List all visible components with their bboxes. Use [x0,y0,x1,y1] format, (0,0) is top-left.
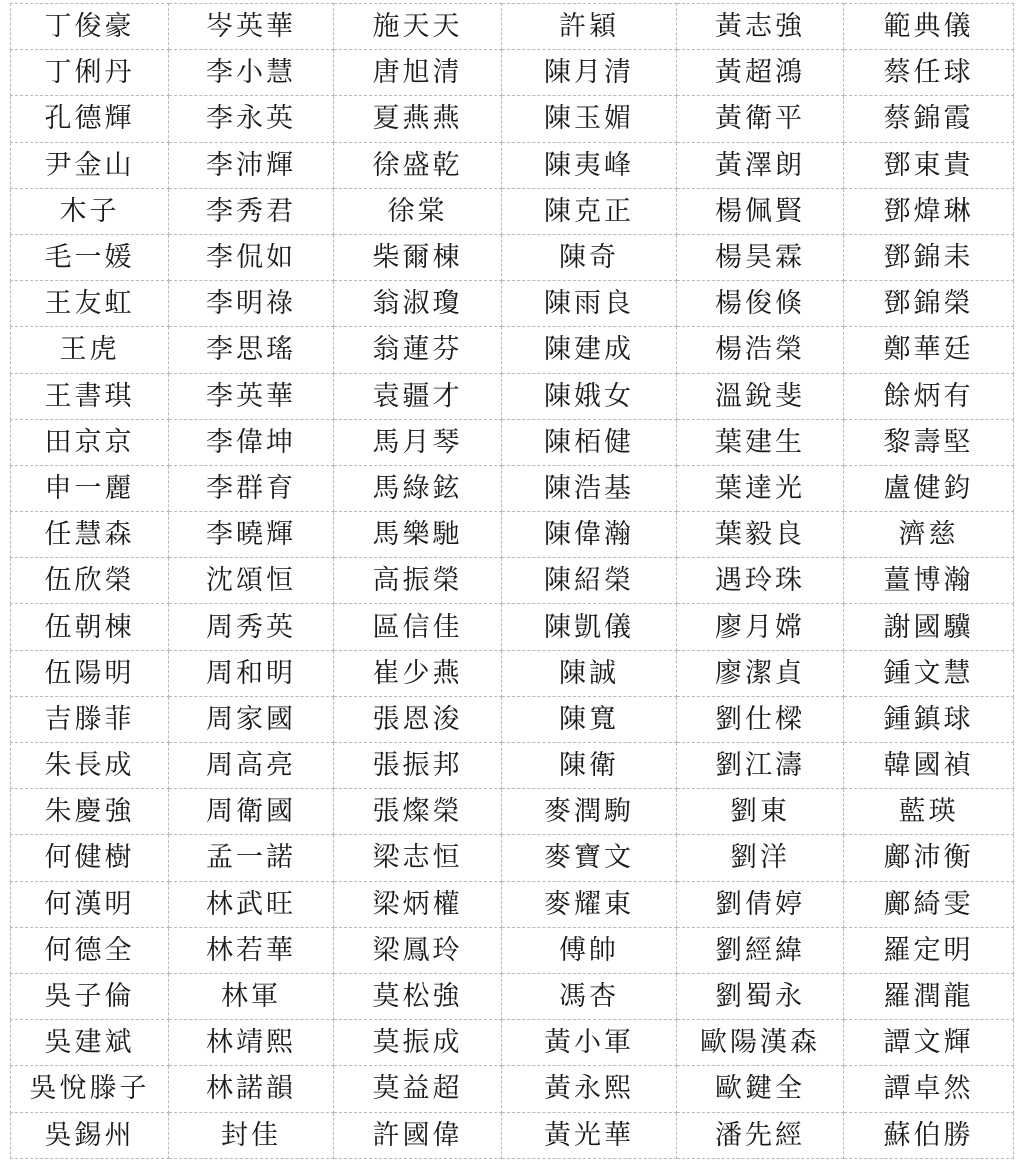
name-cell: 餘炳有 [844,373,1014,419]
name-cell: 莫振成 [334,1020,502,1066]
name-cell: 王友虹 [11,281,169,327]
name-cell: 許穎 [502,4,677,50]
name-cell: 莫松強 [334,973,502,1019]
name-cell: 葉毅良 [677,512,844,558]
name-cell: 楊佩賢 [677,188,844,234]
name-cell: 李偉坤 [169,419,334,465]
name-cell: 張振邦 [334,743,502,789]
name-cell: 周高亮 [169,743,334,789]
name-cell: 梁鳳玲 [334,927,502,973]
name-cell: 木子 [11,188,169,234]
name-cell: 何漢明 [11,881,169,927]
name-cell: 林若華 [169,927,334,973]
name-cell: 陳建成 [502,327,677,373]
name-cell: 徐棠 [334,188,502,234]
table-row: 尹金山李沛輝徐盛乾陳夷峰黃澤朗鄧東貴 [11,142,1014,188]
name-cell: 何德全 [11,927,169,973]
name-cell: 梁志恒 [334,835,502,881]
name-cell: 伍欣榮 [11,558,169,604]
name-cell: 鄧錦榮 [844,281,1014,327]
name-cell: 張燦榮 [334,789,502,835]
name-cell: 高振榮 [334,558,502,604]
name-cell: 吉滕菲 [11,696,169,742]
name-cell: 陳誠 [502,650,677,696]
table-row: 朱長成周高亮張振邦陳衛劉江濤韓國禎 [11,743,1014,789]
name-cell: 吳悅滕子 [11,1066,169,1112]
name-cell: 歐陽漢森 [677,1020,844,1066]
name-cell: 李曉輝 [169,512,334,558]
name-cell: 徐盛乾 [334,142,502,188]
name-cell: 鄺沛衡 [844,835,1014,881]
name-cell: 沈頌恒 [169,558,334,604]
name-cell: 劉洋 [677,835,844,881]
table-row: 吳子倫林軍莫松強馮杏劉蜀永羅潤龍 [11,973,1014,1019]
name-cell: 田京京 [11,419,169,465]
name-cell: 劉仕樑 [677,696,844,742]
name-cell: 翁蓮芬 [334,327,502,373]
name-cell: 林靖熙 [169,1020,334,1066]
name-cell: 丁俐丹 [11,50,169,96]
name-cell: 藍瑛 [844,789,1014,835]
name-cell: 葉建生 [677,419,844,465]
table-row: 任慧森李曉輝馬樂馳陳偉瀚葉毅良濟慈 [11,512,1014,558]
name-cell: 吳建斌 [11,1020,169,1066]
name-cell: 馮杏 [502,973,677,1019]
name-cell: 陳衛 [502,743,677,789]
name-cell: 袁疆才 [334,373,502,419]
name-cell: 丁俊豪 [11,4,169,50]
table-row: 田京京李偉坤馬月琴陳栢健葉建生黎壽堅 [11,419,1014,465]
table-row: 毛一媛李侃如柴爾棟陳奇楊昊霖鄧錦耒 [11,234,1014,280]
table-row: 何漢明林武旺梁炳權麥耀東劉倩婷鄺綺雯 [11,881,1014,927]
name-cell: 劉倩婷 [677,881,844,927]
name-cell: 伍陽明 [11,650,169,696]
name-cell: 陳寬 [502,696,677,742]
name-cell: 黎壽堅 [844,419,1014,465]
name-cell: 林武旺 [169,881,334,927]
name-cell: 鍾文慧 [844,650,1014,696]
name-cell: 楊浩榮 [677,327,844,373]
name-cell: 周家國 [169,696,334,742]
name-cell: 楊俊倏 [677,281,844,327]
name-cell: 劉經緯 [677,927,844,973]
name-cell: 陳栢健 [502,419,677,465]
name-cell: 區信佳 [334,604,502,650]
name-cell: 鄭華廷 [844,327,1014,373]
name-cell: 陳奇 [502,234,677,280]
name-cell: 譚卓然 [844,1066,1014,1112]
name-cell: 李思瑤 [169,327,334,373]
name-cell: 麥寶文 [502,835,677,881]
name-cell: 李永英 [169,96,334,142]
name-cell: 任慧森 [11,512,169,558]
name-cell: 陳玉媚 [502,96,677,142]
name-cell: 陳娥女 [502,373,677,419]
name-cell: 劉蜀永 [677,973,844,1019]
table-row: 吳錫州封佳許國偉黃光華潘先經蘇伯勝 [11,1112,1014,1158]
name-cell: 吳錫州 [11,1112,169,1158]
table-row: 申一麗李群育馬綠鉉陳浩基葉達光盧健鈞 [11,465,1014,511]
name-cell: 柴爾棟 [334,234,502,280]
name-cell: 林諾韻 [169,1066,334,1112]
name-cell: 朱長成 [11,743,169,789]
table-row: 吳悅滕子林諾韻莫益超黃永熙歐鍵全譚卓然 [11,1066,1014,1112]
name-cell: 傅帥 [502,927,677,973]
name-cell: 韓國禎 [844,743,1014,789]
name-cell: 李明祿 [169,281,334,327]
name-cell: 孟一諾 [169,835,334,881]
table-row: 何德全林若華梁鳳玲傅帥劉經緯羅定明 [11,927,1014,973]
name-cell: 黃光華 [502,1112,677,1158]
name-cell: 潘先經 [677,1112,844,1158]
name-cell: 李侃如 [169,234,334,280]
name-cell: 毛一媛 [11,234,169,280]
name-cell: 溫銳斐 [677,373,844,419]
name-cell: 謝國驥 [844,604,1014,650]
name-cell: 李小慧 [169,50,334,96]
name-cell: 蘇伯勝 [844,1112,1014,1158]
name-cell: 岑英華 [169,4,334,50]
name-cell: 馬綠鉉 [334,465,502,511]
name-cell: 遇玲珠 [677,558,844,604]
table-row: 王友虹李明祿翁淑瓊陳雨良楊俊倏鄧錦榮 [11,281,1014,327]
table-row: 王書琪李英華袁疆才陳娥女溫銳斐餘炳有 [11,373,1014,419]
table-row: 伍朝棟周秀英區信佳陳凱儀廖月嫦謝國驥 [11,604,1014,650]
name-cell: 申一麗 [11,465,169,511]
table-row: 吳建斌林靖熙莫振成黃小軍歐陽漢森譚文輝 [11,1020,1014,1066]
name-cell: 陳月清 [502,50,677,96]
name-cell: 馬樂馳 [334,512,502,558]
name-cell: 伍朝棟 [11,604,169,650]
table-row: 木子李秀君徐棠陳克正楊佩賢鄧煒琳 [11,188,1014,234]
name-cell: 鄧東貴 [844,142,1014,188]
name-cell: 封佳 [169,1112,334,1158]
name-cell: 周衛國 [169,789,334,835]
name-cell: 譚文輝 [844,1020,1014,1066]
name-cell: 施天天 [334,4,502,50]
name-cell: 黃澤朗 [677,142,844,188]
name-cell: 黃志強 [677,4,844,50]
name-cell: 林軍 [169,973,334,1019]
name-cell: 黃永熙 [502,1066,677,1112]
name-cell: 孔德輝 [11,96,169,142]
name-cell: 陳凱儀 [502,604,677,650]
name-cell: 廖潔貞 [677,650,844,696]
name-cell: 麥潤駒 [502,789,677,835]
name-cell: 許國偉 [334,1112,502,1158]
name-cell: 何健樹 [11,835,169,881]
table-row: 丁俊豪岑英華施天天許穎黃志強範典儀 [11,4,1014,50]
name-table: 丁俊豪岑英華施天天許穎黃志強範典儀丁俐丹李小慧唐旭清陳月清黃超鴻蔡任球孔德輝李永… [10,3,1014,1159]
name-cell: 黃小軍 [502,1020,677,1066]
name-cell: 陳克正 [502,188,677,234]
name-cell: 鄧煒琳 [844,188,1014,234]
name-cell: 唐旭清 [334,50,502,96]
name-cell: 李秀君 [169,188,334,234]
name-cell: 吳子倫 [11,973,169,1019]
table-row: 孔德輝李永英夏燕燕陳玉媚黃衛平蔡錦霞 [11,96,1014,142]
name-cell: 王書琪 [11,373,169,419]
name-cell: 楊昊霖 [677,234,844,280]
table-row: 丁俐丹李小慧唐旭清陳月清黃超鴻蔡任球 [11,50,1014,96]
name-cell: 麥耀東 [502,881,677,927]
name-cell: 陳紹榮 [502,558,677,604]
name-cell: 羅潤龍 [844,973,1014,1019]
name-cell: 廖月嫦 [677,604,844,650]
name-cell: 馬月琴 [334,419,502,465]
name-cell: 周秀英 [169,604,334,650]
name-cell: 黃超鴻 [677,50,844,96]
name-cell: 黃衛平 [677,96,844,142]
table-row: 伍陽明周和明崔少燕陳誠廖潔貞鍾文慧 [11,650,1014,696]
name-cell: 歐鍵全 [677,1066,844,1112]
name-cell: 盧健鈞 [844,465,1014,511]
name-cell: 李群育 [169,465,334,511]
table-row: 吉滕菲周家國張恩浚陳寬劉仕樑鍾鎮球 [11,696,1014,742]
name-cell: 梁炳權 [334,881,502,927]
table-row: 伍欣榮沈頌恒高振榮陳紹榮遇玲珠薑博瀚 [11,558,1014,604]
name-cell: 羅定明 [844,927,1014,973]
name-cell: 濟慈 [844,512,1014,558]
name-cell: 鄺綺雯 [844,881,1014,927]
name-cell: 葉達光 [677,465,844,511]
name-cell: 陳偉瀚 [502,512,677,558]
name-table-body: 丁俊豪岑英華施天天許穎黃志強範典儀丁俐丹李小慧唐旭清陳月清黃超鴻蔡任球孔德輝李永… [11,4,1014,1159]
table-row: 王虎李思瑤翁蓮芬陳建成楊浩榮鄭華廷 [11,327,1014,373]
table-row: 何健樹孟一諾梁志恒麥寶文劉洋鄺沛衡 [11,835,1014,881]
name-cell: 李沛輝 [169,142,334,188]
name-cell: 蔡任球 [844,50,1014,96]
name-cell: 陳雨良 [502,281,677,327]
name-cell: 鄧錦耒 [844,234,1014,280]
name-cell: 劉江濤 [677,743,844,789]
name-cell: 王虎 [11,327,169,373]
name-cell: 崔少燕 [334,650,502,696]
name-cell: 周和明 [169,650,334,696]
name-cell: 張恩浚 [334,696,502,742]
name-cell: 陳夷峰 [502,142,677,188]
name-cell: 李英華 [169,373,334,419]
name-cell: 莫益超 [334,1066,502,1112]
name-cell: 範典儀 [844,4,1014,50]
name-cell: 夏燕燕 [334,96,502,142]
name-cell: 劉東 [677,789,844,835]
name-cell: 翁淑瓊 [334,281,502,327]
name-cell: 陳浩基 [502,465,677,511]
name-cell: 朱慶強 [11,789,169,835]
name-cell: 尹金山 [11,142,169,188]
name-cell: 薑博瀚 [844,558,1014,604]
name-cell: 鍾鎮球 [844,696,1014,742]
table-row: 朱慶強周衛國張燦榮麥潤駒劉東藍瑛 [11,789,1014,835]
name-cell: 蔡錦霞 [844,96,1014,142]
